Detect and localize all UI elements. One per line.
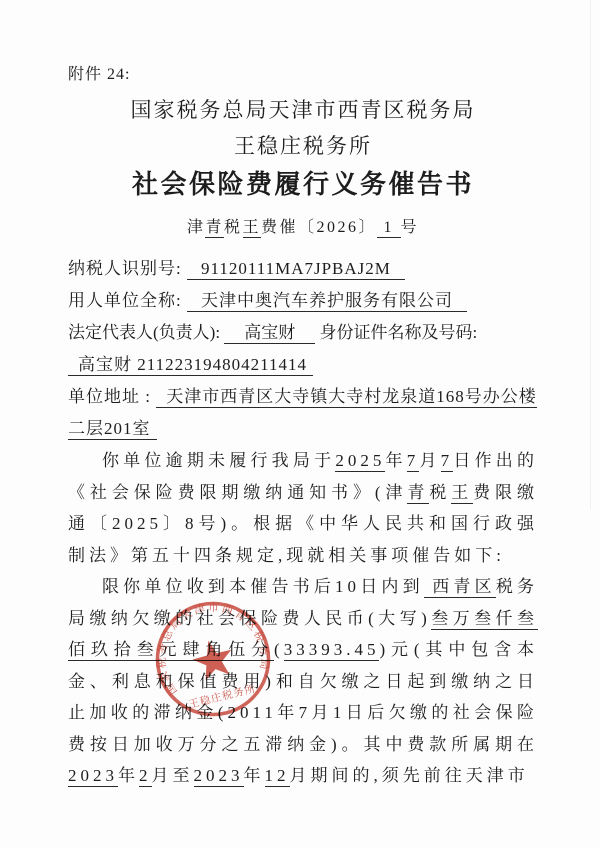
- document-content: 附件 24: 国家税务总局天津市西青区税务局 王稳庄税务所 社会保险费履行义务催…: [68, 64, 538, 792]
- text-run: 年: [244, 766, 265, 785]
- paragraph-payment-demand: 限你单位收到本催告书后10日内到 西青区税务局缴纳欠缴的社会保险费人民币(大写)…: [68, 571, 538, 792]
- text-run: 月: [419, 451, 440, 470]
- underlined-text-run: 2: [139, 766, 152, 787]
- text-run: 费催〔2026〕: [261, 219, 377, 236]
- document-number: 津青税王费催〔2026〕 1 号: [68, 215, 538, 241]
- paragraph-overdue-notice: 你单位逾期未履行我局于2025年7月7日作出的《社会保险费限期缴纳通知书》(津青…: [68, 445, 538, 571]
- underlined-text-run: 1: [377, 219, 401, 238]
- text-run: (: [274, 640, 284, 659]
- text-run: 限你单位收到本催告书后10日内到: [102, 577, 424, 596]
- document-page: 附件 24: 国家税务总局天津市西青区税务局 王稳庄税务所 社会保险费履行义务催…: [0, 0, 600, 848]
- employer-name-label: 用人单位全称:: [68, 291, 182, 310]
- issuer-line-2: 王稳庄税务所: [68, 128, 538, 164]
- underlined-text-run: 2025: [335, 451, 385, 472]
- text-run: 你单位逾期未履行我局于: [102, 451, 335, 470]
- employer-name-value: 天津中奥汽车养护服务有限公司: [187, 291, 467, 312]
- text-run: 号: [401, 219, 420, 236]
- underlined-text-run: 王: [451, 483, 473, 504]
- underlined-text-run: 2023: [68, 766, 118, 787]
- text-run: 月期间的,须先前往天津市: [290, 766, 529, 785]
- legal-rep-value: 高宝财: [224, 323, 315, 344]
- taxpayer-id-label: 纳税人识别号:: [68, 259, 182, 278]
- text-run: 月至: [152, 766, 194, 785]
- issuer-name: 国家税务总局天津市西青区税务局 王稳庄税务所: [68, 92, 538, 164]
- taxpayer-id-value: 91120111MA7JPBAJ2M: [187, 259, 405, 280]
- underlined-text-run: 33393.45: [284, 640, 380, 661]
- field-employer-name: 用人单位全称: 天津中奥汽车养护服务有限公司: [68, 285, 538, 317]
- underlined-text-run: 王: [243, 219, 262, 238]
- field-taxpayer-id: 纳税人识别号: 91120111MA7JPBAJ2M: [68, 253, 538, 285]
- text-run: 税: [224, 219, 243, 236]
- legal-rep-label: 法定代表人(负责人):: [68, 323, 220, 342]
- underlined-text-run: 青: [407, 483, 429, 504]
- attachment-label: 附件 24:: [68, 64, 538, 86]
- underlined-text-run: 西青区: [424, 577, 496, 598]
- id-doc-value: 高宝财 211223194804211414: [68, 355, 313, 376]
- underlined-text-run: 7: [441, 451, 454, 472]
- field-legal-representative: 法定代表人(负责人): 高宝财 身份证件名称及号码:: [68, 317, 538, 349]
- address-label: 单位地址 :: [68, 387, 151, 406]
- underlined-text-run: 12: [265, 766, 290, 787]
- document-title: 社会保险费履行义务催告书: [68, 168, 538, 202]
- underlined-text-run: 青: [205, 219, 224, 238]
- text-run: 年: [385, 451, 406, 470]
- text-run: 年: [118, 766, 139, 785]
- fields-block: 纳税人识别号: 91120111MA7JPBAJ2M 用人单位全称: 天津中奥汽…: [68, 253, 538, 445]
- scan-artifact-line: [590, 0, 591, 509]
- text-run: 税: [429, 483, 451, 502]
- field-employer-address: 单位地址 : 天津市西青区大寺镇大寺村龙泉道168号办公楼二层201室: [68, 381, 538, 445]
- underlined-text-run: 7: [407, 451, 420, 472]
- field-id-doc-number: 高宝财 211223194804211414: [68, 349, 538, 381]
- issuer-line-1: 国家税务总局天津市西青区税务局: [68, 92, 538, 128]
- id-doc-label: 身份证件名称及号码:: [320, 323, 478, 342]
- underlined-text-run: 2023: [194, 766, 244, 787]
- text-run: 津: [187, 219, 206, 236]
